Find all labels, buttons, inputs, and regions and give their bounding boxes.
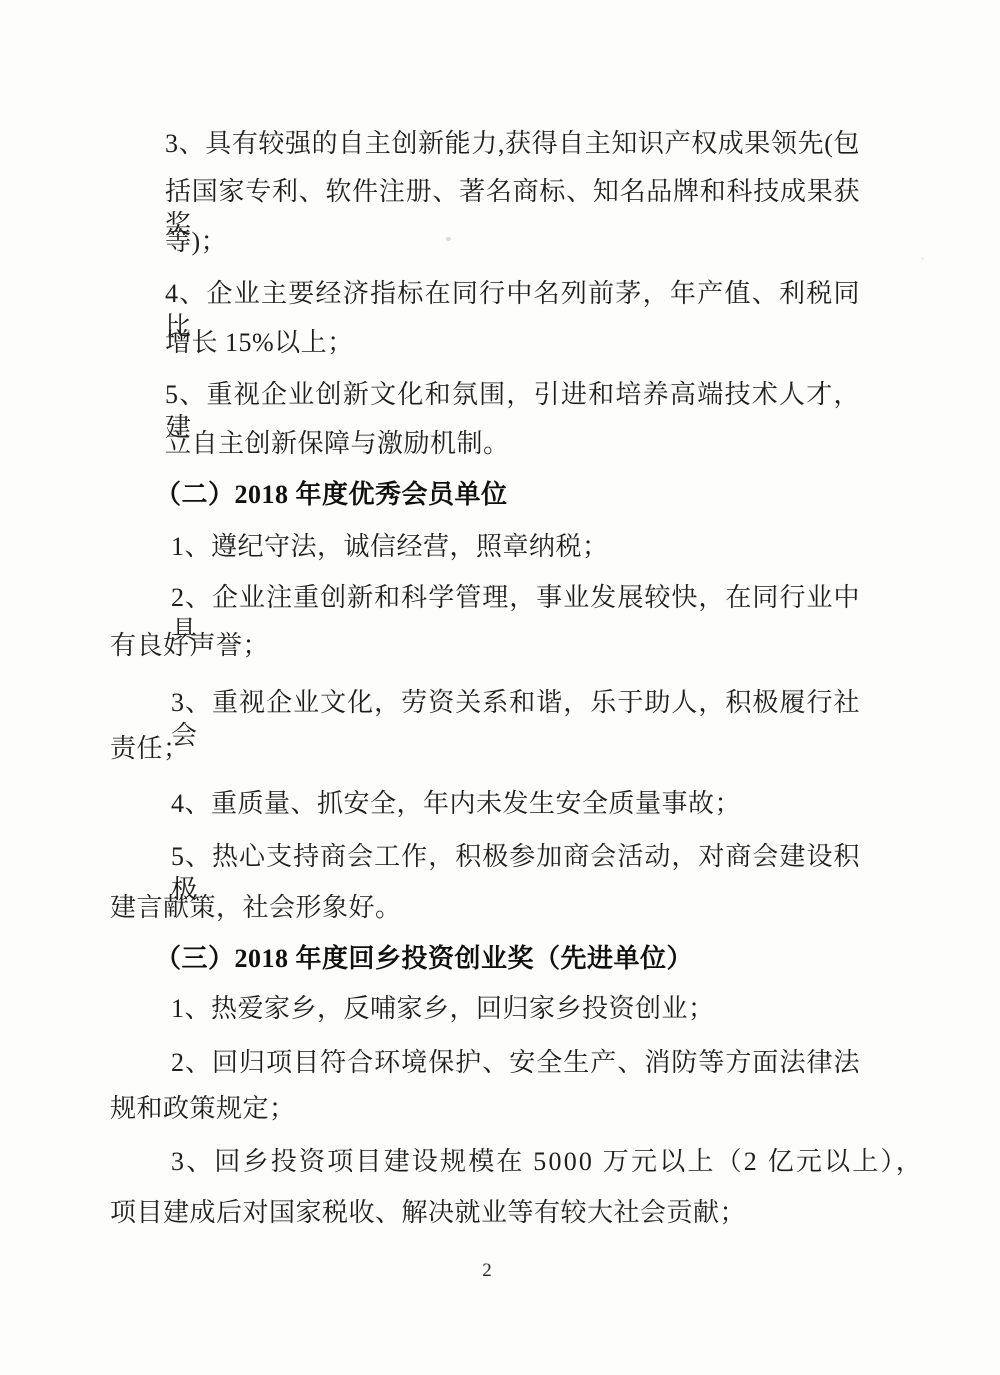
text-line: 2、回归项目符合环境保护、安全生产、消防等方面法律法 [171,1047,860,1080]
page-number: 2 [0,1260,987,1282]
text-line: 有良好声誉； [110,630,269,663]
text-line: 等)； [165,226,227,259]
text-line: 2、企业注重创新和科学管理，事业发展较快，在同行业中具 [171,582,860,647]
text-line: 责任； [110,733,190,766]
text-line: 4、重质量、抓安全，年内未发生安全质量事故； [171,788,741,821]
text-line: 建言献策，社会形象好。 [110,892,402,925]
text-line: 立自主创新保障与激励机制。 [165,428,510,461]
scan-speck [446,237,451,241]
document-page: 3、具有较强的自主创新能力,获得自主知识产权成果领先(包 括国家专利、软件注册、… [0,0,1000,1375]
text-line: 增长 15%以上； [165,327,354,360]
text-line: 括国家专利、软件注册、著名商标、知名品牌和科技成果获奖 [165,176,860,241]
text-line: 1、热爱家乡，反哺家乡，回归家乡投资创业； [171,993,715,1026]
text-line: 项目建成后对国家税收、解决就业等有较大社会贡献； [110,1197,746,1230]
scan-speck [921,257,924,260]
section-heading: （三）2018 年度回乡投资创业奖（先进单位） [155,943,693,976]
text-line: 3、回乡投资项目建设规模在 5000 万元以上（2 亿元以上）， [171,1146,924,1179]
text-line: 规和政策规定； [110,1093,296,1126]
section-heading: （二）2018 年度优秀会员单位 [155,479,508,512]
text-line: 1、遵纪守法，诚信经营，照章纳税； [171,531,609,564]
text-line: 3、重视企业文化，劳资关系和谐，乐于助人，积极履行社会 [171,687,860,752]
text-line: 3、具有较强的自主创新能力,获得自主知识产权成果领先(包 [165,128,860,161]
